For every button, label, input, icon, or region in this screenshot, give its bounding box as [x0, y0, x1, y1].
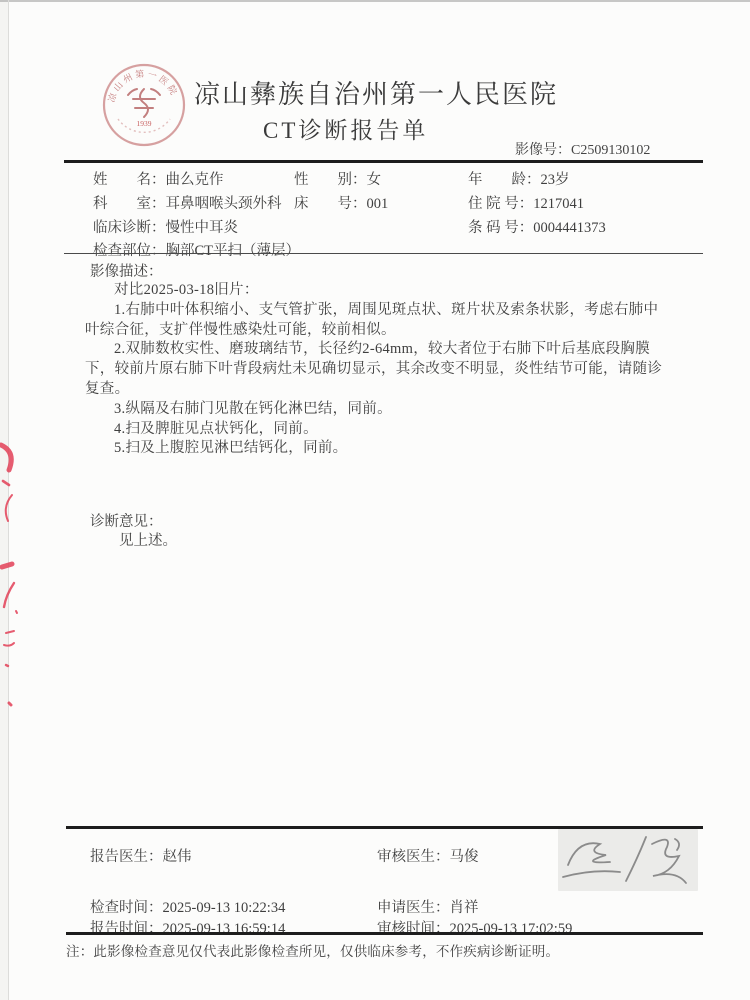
hospital-seal-icon: 凉山州第一医院 1939: [100, 61, 188, 149]
patient-name-value: 曲么克作: [166, 172, 224, 188]
patient-bed-value: 001: [367, 196, 389, 212]
exam-site-label: 检查部位：: [93, 243, 166, 259]
findings-line: 5.扫及上腹腔见淋巴结钙化，同前。: [85, 439, 665, 459]
patient-gender-label: 性 别：: [294, 172, 367, 188]
findings-line: 4.扫及脾脏见点状钙化，同前。: [85, 420, 665, 440]
header-divider: [64, 160, 703, 163]
reviewer-signature: [558, 829, 698, 891]
review-doctor: 审核医生：马俊: [377, 845, 479, 866]
opinion-text: 见上述。: [119, 529, 177, 550]
patient-name-label: 姓 名：: [93, 172, 166, 188]
image-number: 影像号：C2509130102: [515, 139, 650, 159]
footer-bottom-divider: [66, 932, 703, 935]
barcode-label: 条 码 号：: [468, 220, 533, 236]
patient-gender: 性 别：女: [294, 168, 381, 189]
report-doctor-label: 报告医生：: [90, 849, 163, 865]
request-doctor-value: 肖祥: [450, 900, 479, 916]
report-doctor: 报告医生：赵伟: [90, 845, 192, 866]
patient-bed: 床 号：001: [294, 192, 388, 213]
hospital-name: 凉山彝族自治州第一人民医院: [194, 74, 558, 111]
clinical-diagnosis: 临床诊断：慢性中耳炎: [93, 216, 238, 237]
patient-bed-label: 床 号：: [294, 196, 367, 212]
review-doctor-value: 马俊: [450, 849, 479, 865]
barcode-no: 条 码 号：0004441373: [468, 216, 606, 237]
scan-top-edge: [0, 0, 750, 2]
clinical-diagnosis-value: 慢性中耳炎: [166, 220, 239, 236]
exam-time-label: 检查时间：: [90, 900, 163, 916]
patient-admission-label: 住 院 号：: [468, 196, 533, 212]
seal-year: 1939: [137, 119, 152, 128]
review-doctor-label: 审核医生：: [377, 849, 450, 865]
patient-department: 科 室：耳鼻咽喉头颈外科: [93, 192, 282, 213]
patient-admission-value: 1217041: [533, 196, 584, 212]
image-number-value: C2509130102: [571, 143, 650, 158]
findings-section-label: 影像描述：: [90, 260, 163, 281]
barcode-value: 0004441373: [533, 220, 606, 236]
findings-line: 对比2025-03-18旧片：: [85, 281, 665, 301]
signature-icon: [558, 829, 698, 891]
patient-age-label: 年 龄：: [468, 172, 541, 188]
exam-site: 检查部位：胸部CT平扫（薄层）: [93, 239, 300, 260]
report-doctor-value: 赵伟: [163, 849, 192, 865]
patient-gender-value: 女: [367, 172, 382, 188]
patient-age-value: 23岁: [541, 172, 570, 188]
report-page: 凉山州第一医院 1939 凉山彝族自治州第一人民医院 CT诊断报告单 影像号：C…: [0, 0, 750, 1000]
report-title: CT诊断报告单: [263, 112, 428, 145]
request-doctor: 申请医生：肖祥: [377, 896, 479, 917]
opinion-section-label: 诊断意见：: [90, 510, 163, 531]
request-doctor-label: 申请医生：: [377, 900, 450, 916]
findings-body: 对比2025-03-18旧片： 1.右肺中叶体积缩小、支气管扩张，周围见斑点状、…: [85, 281, 665, 459]
patient-name: 姓 名：曲么克作: [93, 168, 224, 189]
image-number-label: 影像号：: [515, 143, 571, 158]
exam-time: 检查时间：2025-09-13 10:22:34: [90, 896, 285, 917]
patient-admission-no: 住 院 号：1217041: [468, 192, 584, 213]
findings-line: 3.纵隔及右肺门见散在钙化淋巴结，同前。: [85, 400, 665, 420]
exam-time-value: 2025-09-13 10:22:34: [163, 900, 286, 916]
clinical-diagnosis-label: 临床诊断：: [93, 220, 166, 236]
findings-line: 2.双肺数枚实性、磨玻璃结节，长径约2-64mm，较大者位于右肺下叶后基底段胸膜…: [85, 340, 665, 399]
patient-info-divider: [64, 253, 703, 254]
patient-department-value: 耳鼻咽喉头颈外科: [166, 196, 282, 212]
red-stamp-marks-icon: [0, 425, 24, 720]
patient-department-label: 科 室：: [93, 196, 166, 212]
exam-site-value: 胸部CT平扫（薄层）: [166, 243, 301, 259]
patient-age: 年 龄：23岁: [468, 168, 570, 189]
disclaimer-note: 注：此影像检查意见仅代表此影像检查所见，仅供临床参考，不作疾病诊断证明。: [66, 940, 559, 960]
findings-line: 1.右肺中叶体积缩小、支气管扩张，周围见斑点状、斑片状及索条状影，考虑右肺中叶综…: [85, 301, 665, 341]
